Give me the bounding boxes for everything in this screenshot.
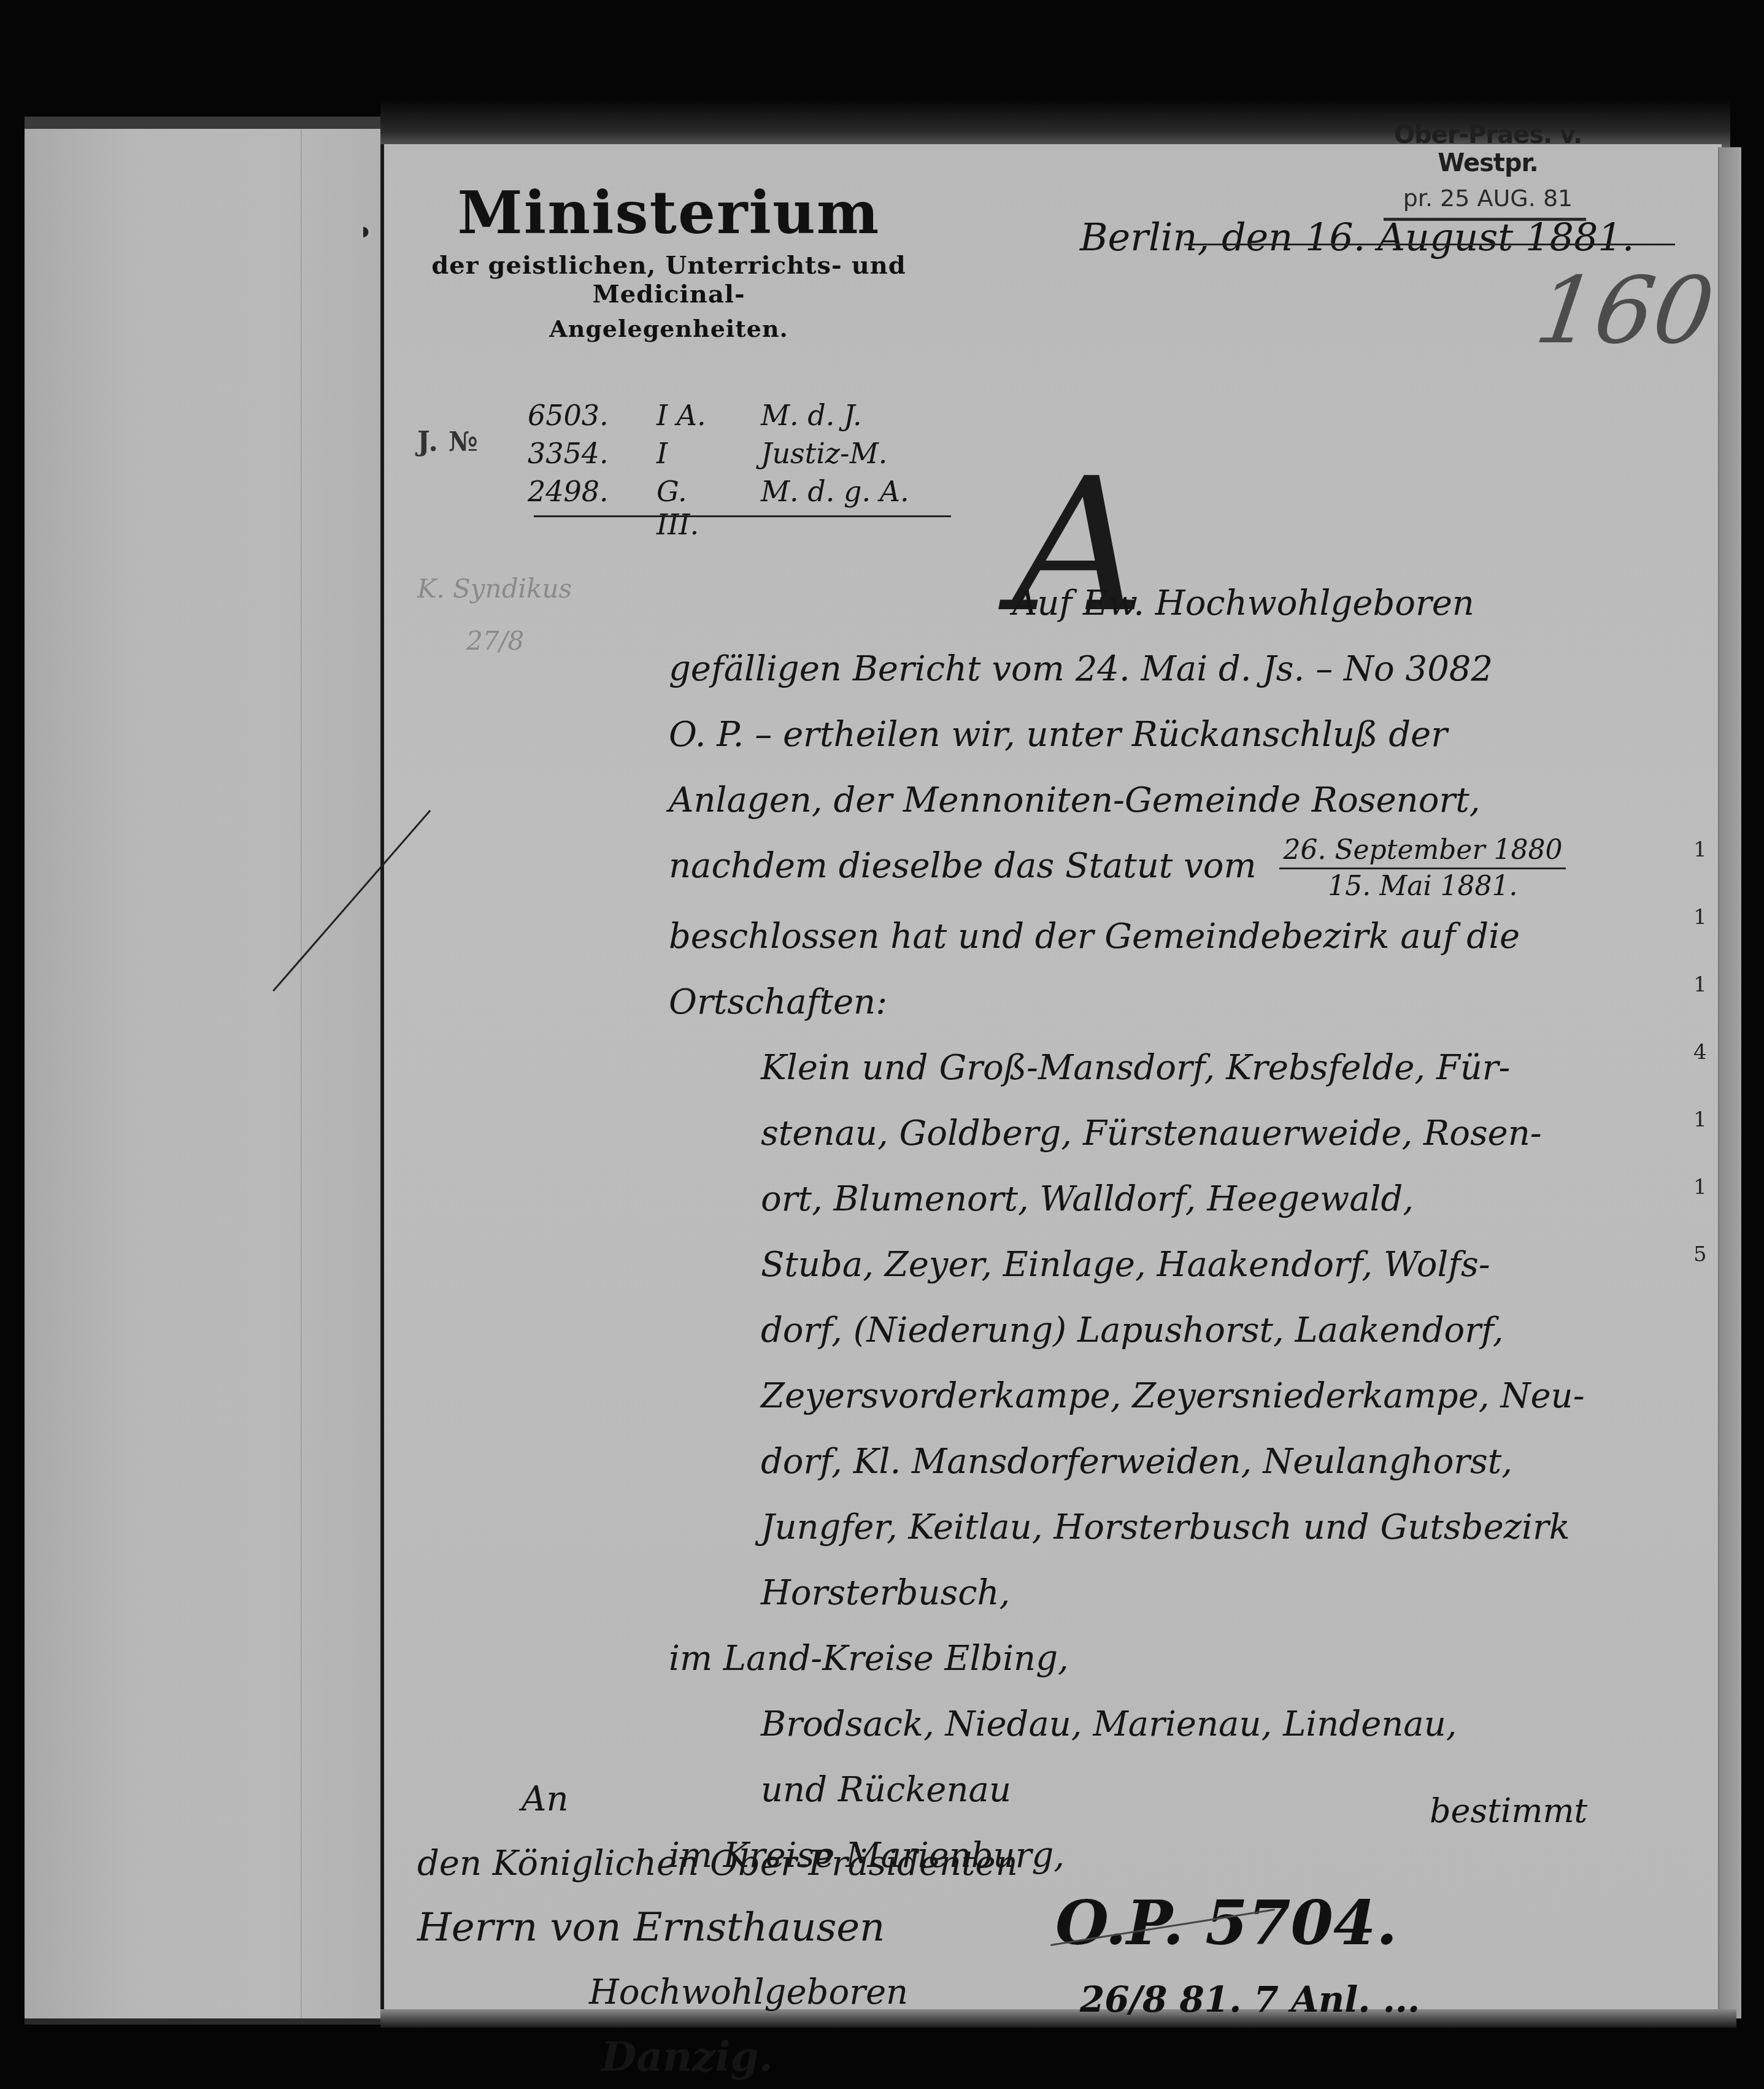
journal-dept: M. d. g. A.: [761, 475, 933, 513]
page-fold-line: [301, 129, 302, 2025]
body-line: nachdem dieselbe das Statut vom 26. Sept…: [669, 833, 1675, 904]
body-line: ort, Blumenort, Walldorf, Heegewald,: [669, 1166, 1675, 1232]
body-line: Horsterbusch,: [669, 1560, 1675, 1626]
body-line: gefälligen Bericht vom 24. Mai d. Js. – …: [669, 636, 1675, 702]
body-line: Anlagen, der Mennoniten-Gemeinde Rosenor…: [669, 768, 1675, 833]
body-line: Ortschaften:: [669, 969, 1675, 1035]
registry-number: O.P. 5704.: [1055, 1887, 1397, 1959]
journal-section: I A.: [657, 399, 736, 437]
address-line-1: den Königlichen Ober-Präsidenten: [417, 1831, 1092, 1896]
journal-section: G. III.: [657, 475, 736, 513]
dateline-underline: [1184, 244, 1675, 245]
body-line: O. P. – ertheilen wir, unter Rückanschlu…: [669, 702, 1675, 768]
statute-date-2: 15. Mai 1881.: [1279, 869, 1566, 904]
address-line-2: Herrn von Ernsthausen: [417, 1896, 1092, 1960]
letterhead-subtitle-2: Angelegenheiten.: [387, 315, 951, 342]
statute-date-fraction: 26. September 1880 15. Mai 1881.: [1279, 833, 1566, 904]
receipt-stamp: Ober-Praes. v. Westpr. pr. 25 AUG. 81: [1384, 113, 1592, 221]
body-line: Zeyersvorderkampe, Zeyersniederkampe, Ne…: [669, 1363, 1675, 1429]
journal-dept: Justiz-M.: [761, 437, 933, 475]
binding-mark: ◗: [362, 224, 369, 239]
body-line: im Land-Kreise Elbing,: [669, 1626, 1675, 1691]
journal-label: J. №: [417, 426, 479, 458]
margin-tick: 1: [1693, 1086, 1707, 1153]
margin-tick: 1: [1693, 951, 1707, 1018]
margin-tick: 5: [1693, 1221, 1707, 1288]
body-line-text: nachdem dieselbe das Statut vom: [669, 846, 1257, 886]
body-line: dorf, Kl. Mansdorferweiden, Neulanghorst…: [669, 1429, 1675, 1495]
journal-section: I: [657, 437, 736, 475]
journal-row: 2498. G. III. M. d. g. A.: [528, 475, 933, 513]
body-line: stenau, Goldberg, Fürstenauerweide, Rose…: [669, 1101, 1675, 1166]
margin-tick: 1: [1693, 1153, 1707, 1221]
pencil-margin-note: K. Syndikus: [417, 574, 572, 604]
closing-word: bestimmt: [1430, 1791, 1587, 1830]
address-line-3: Hochwohlgeboren: [417, 1960, 1092, 2025]
journal-underline: [534, 515, 951, 517]
pencil-margin-date: 27/8: [466, 626, 524, 656]
body-line: Klein und Groß-Mansdorf, Krebsfelde, Für…: [669, 1035, 1675, 1101]
statute-date-1: 26. September 1880: [1279, 833, 1566, 869]
address-city: Danzig.: [417, 2025, 1092, 2089]
stamp-date: pr. 25 AUG. 81: [1384, 185, 1592, 212]
letterhead-subtitle: der geistlichen, Unterrichts- und Medici…: [387, 251, 951, 309]
journal-dept: M. d. J.: [761, 399, 933, 437]
folio-number: 160: [1530, 258, 1720, 364]
recipient-address: An den Königlichen Ober-Präsidenten Herr…: [417, 1767, 1092, 2089]
left-page-bottom-edge: [25, 2018, 380, 2025]
body-line: Jungfer, Keitlau, Horsterbusch und Gutsb…: [669, 1495, 1675, 1560]
journal-row: 6503. I A. M. d. J.: [528, 399, 933, 437]
body-line: Auf Ew. Hochwohlgeboren: [669, 571, 1675, 636]
stamp-office: Ober-Praes. v. Westpr.: [1384, 121, 1592, 177]
left-facing-page: [25, 129, 380, 2025]
body-line: dorf, (Niederung) Lapushorst, Laakendorf…: [669, 1298, 1675, 1363]
body-line: Stuba, Zeyer, Einlage, Haakendorf, Wolfs…: [669, 1232, 1675, 1298]
body-line: beschlossen hat und der Gemeindebezirk a…: [669, 904, 1675, 969]
letter-body: Auf Ew. Hochwohlgeboren gefälligen Beric…: [669, 571, 1675, 1888]
registry-note: 26/8 81. 7 Anl. ...: [1080, 1979, 1420, 2020]
journal-number: 3354.: [528, 437, 632, 475]
body-line: Brodsack, Niedau, Marienau, Lindenau,: [669, 1691, 1675, 1757]
letterhead-title: Ministerium: [387, 178, 951, 247]
journal-number: 2498.: [528, 475, 632, 513]
letterhead: Ministerium der geistlichen, Unterrichts…: [387, 178, 951, 342]
margin-tick: 1: [1693, 816, 1707, 883]
right-margin-marks: 1 1 1 4 1 1 5: [1693, 816, 1707, 1288]
right-page-edge: [1718, 147, 1741, 2018]
address-an: An: [417, 1767, 1092, 1831]
journal-number: 6503.: [528, 399, 632, 437]
margin-tick: 1: [1693, 883, 1707, 951]
journal-row: 3354. I Justiz-M.: [528, 437, 933, 475]
dateline: Berlin, den 16. August 1881.: [1080, 215, 1634, 260]
stamp-top-bar: [1384, 113, 1592, 117]
margin-tick: 4: [1693, 1018, 1707, 1086]
